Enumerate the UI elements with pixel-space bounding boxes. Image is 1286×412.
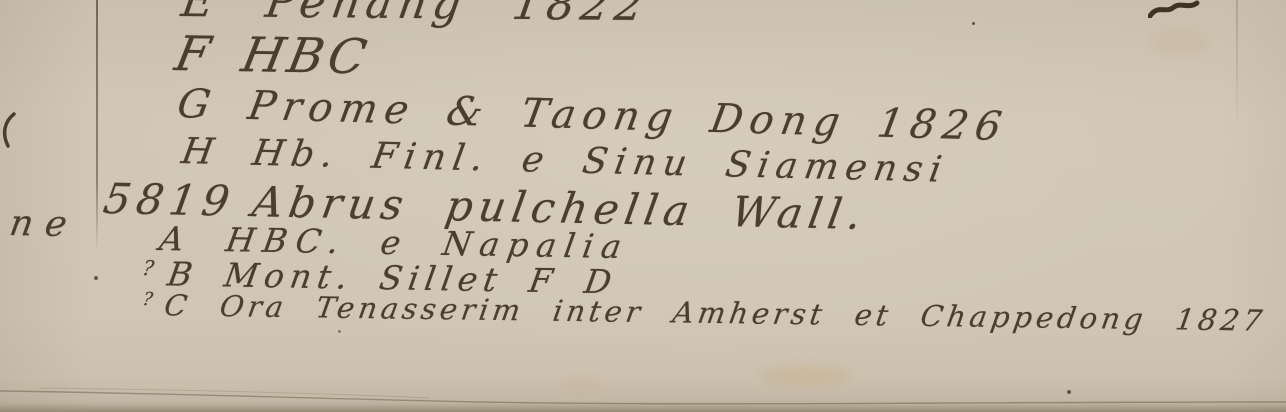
entry-number: 5819	[100, 174, 239, 226]
handwritten-line-locality-c: ?C Ora Tenasserim inter Amherst et Chapp…	[140, 291, 1268, 336]
ink-speck	[338, 330, 341, 333]
handwritten-line-locality-e: E Penang 1822	[179, 0, 652, 28]
margin-rule-line	[96, 0, 98, 252]
ink-speck	[972, 22, 975, 25]
manuscript-page: E Penang 1822 F HBC G Prome & Taong Dong…	[0, 0, 1286, 412]
paper-bottom-edge	[0, 404, 1286, 412]
margin-text-fragment: ne	[7, 206, 81, 243]
ink-stroke-fragment-left	[0, 112, 16, 148]
paper-stain	[1150, 30, 1210, 56]
paper-stain	[560, 378, 604, 391]
paper-stain	[760, 366, 850, 386]
query-mark: ?	[141, 289, 158, 310]
handwritten-line-locality-f: F HBC	[171, 30, 374, 81]
locality-c-text: C Ora Tenasserim inter Amherst et Chappe…	[162, 288, 1268, 337]
ink-speck	[94, 276, 98, 280]
ink-speck	[1067, 390, 1071, 394]
query-mark: ?	[141, 256, 162, 280]
paper-crease	[1236, 0, 1238, 130]
ink-stroke-fragment	[1148, 0, 1200, 18]
